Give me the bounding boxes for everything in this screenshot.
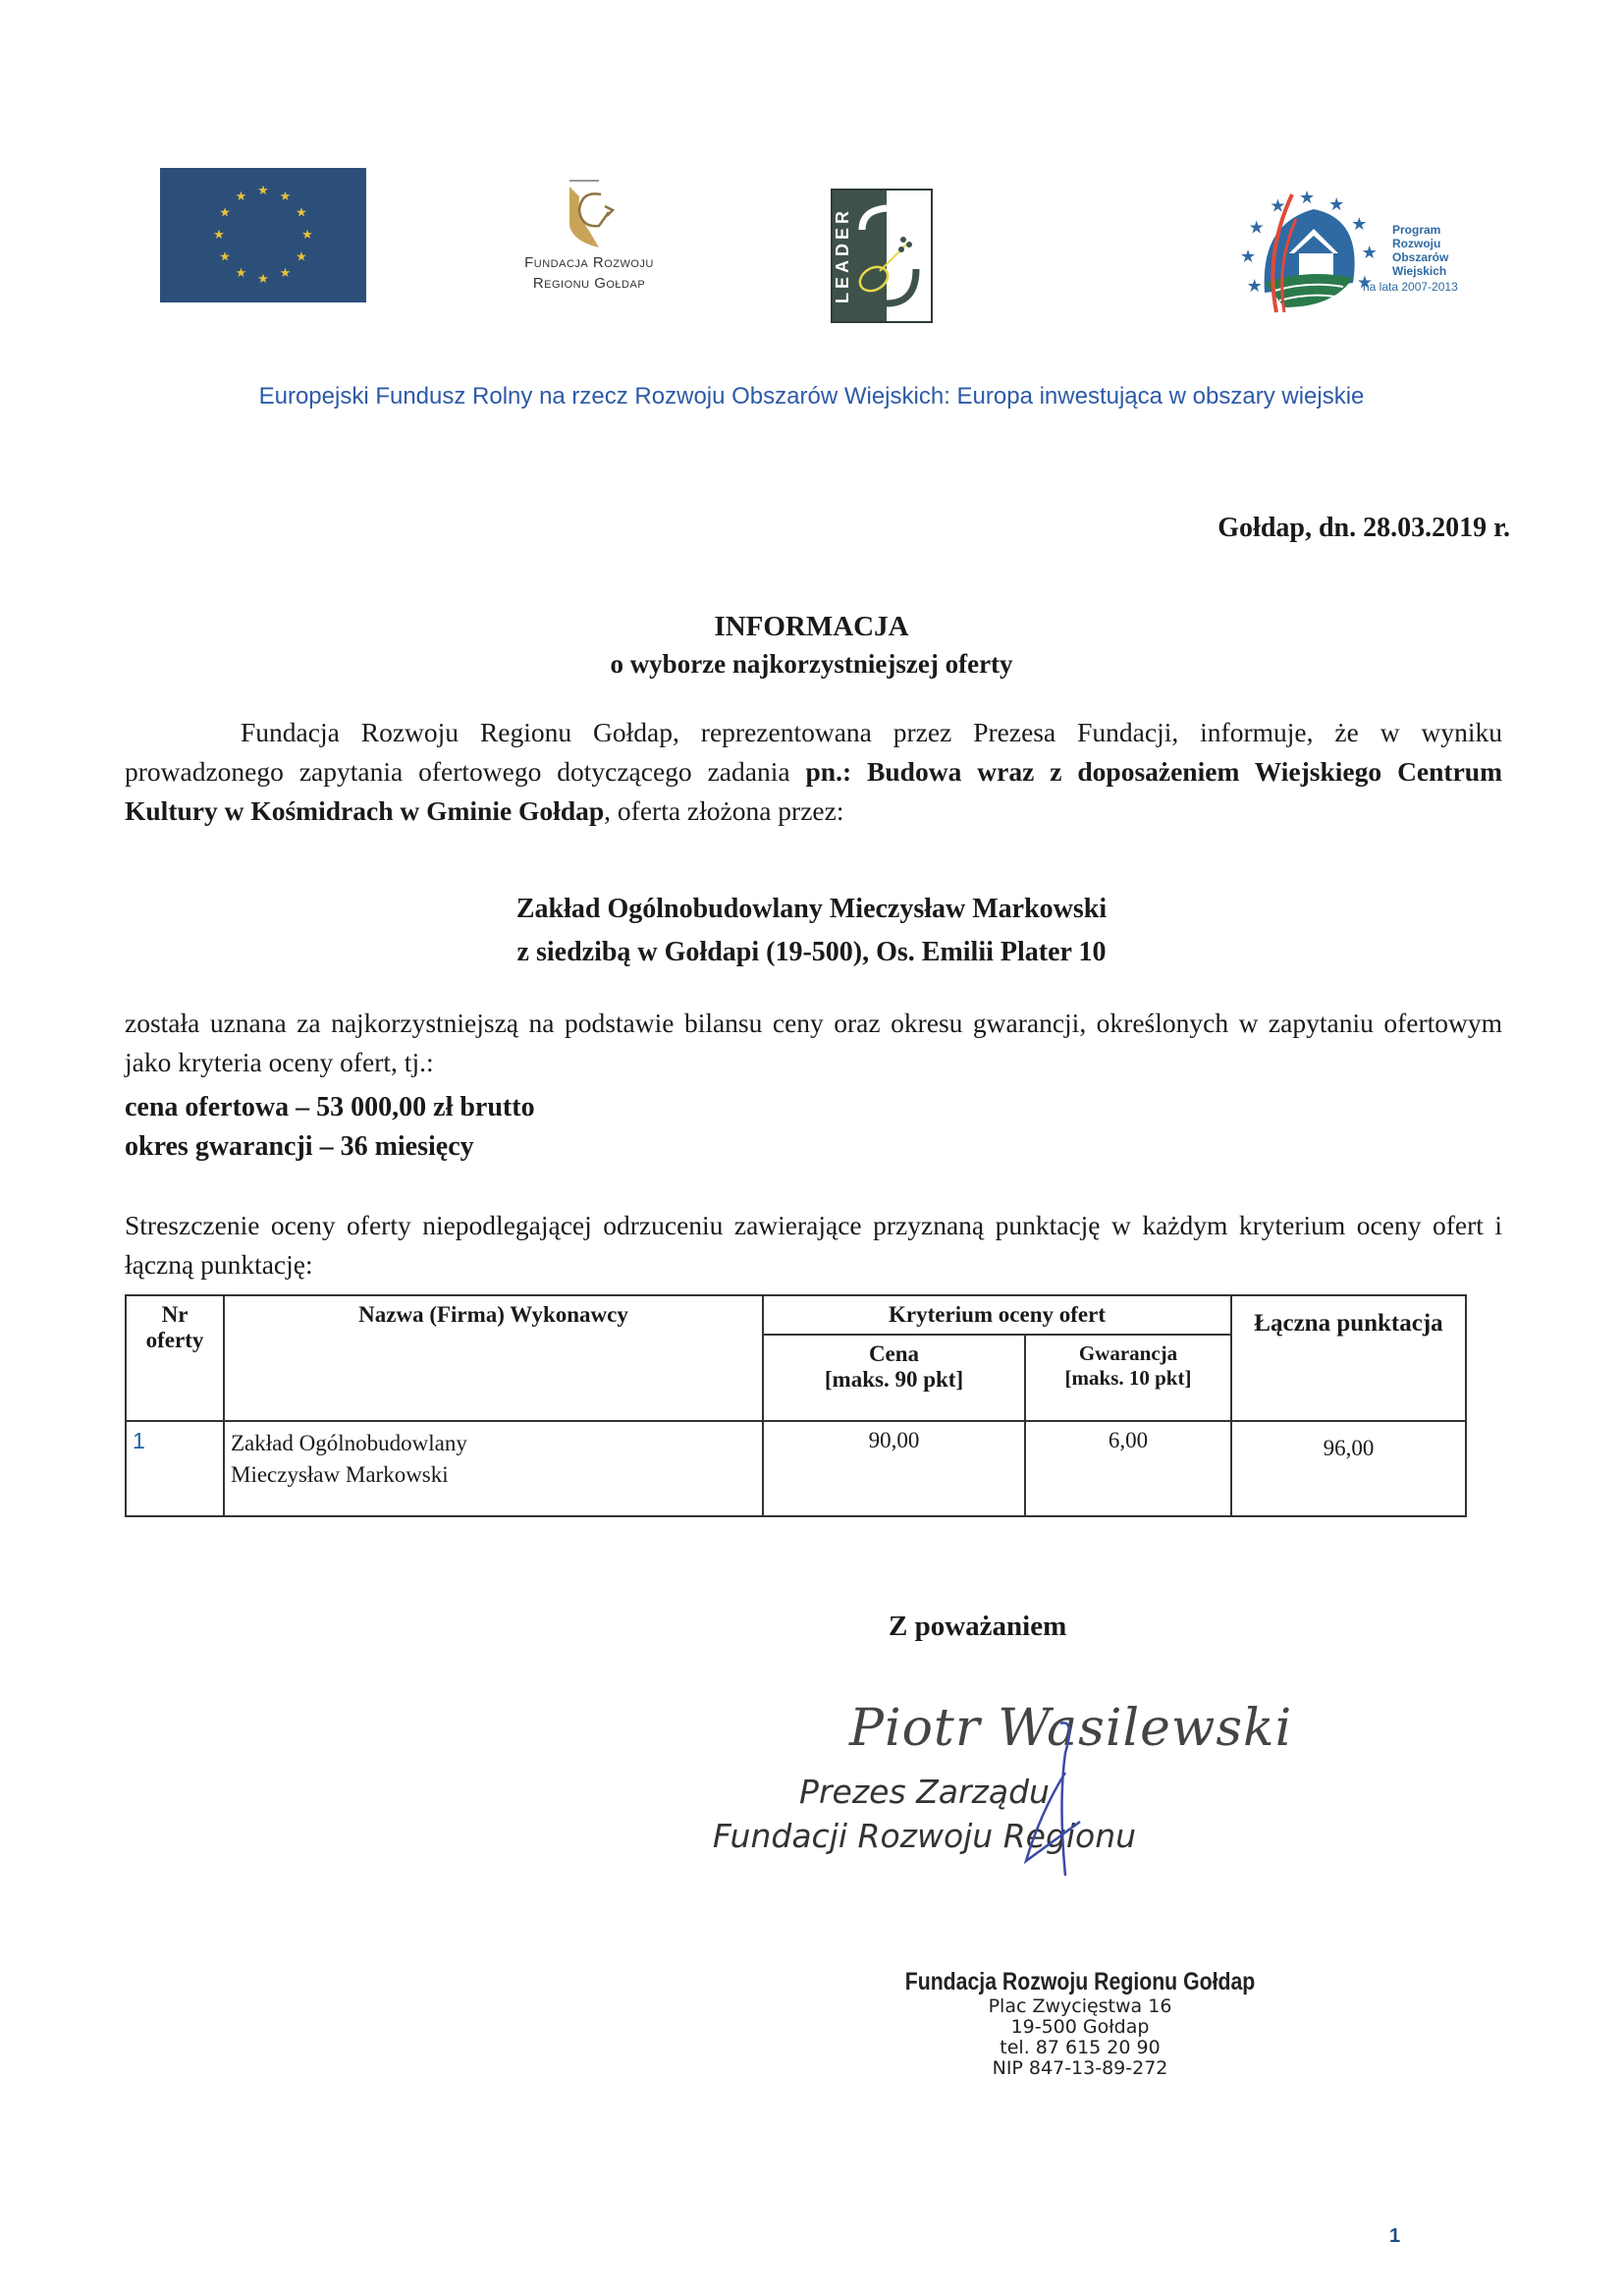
- row-nr: 1: [126, 1421, 224, 1516]
- header-price-max: [maks. 90 pkt]: [770, 1367, 1018, 1393]
- svg-text:Program: Program: [1392, 223, 1440, 237]
- svg-text:Rozwoju: Rozwoju: [1392, 237, 1440, 250]
- winning-contractor: Zakład Ogólnobudowlany Mieczysław Markow…: [0, 888, 1623, 974]
- svg-text:★: ★: [1249, 217, 1265, 237]
- row-total-score: 96,00: [1231, 1421, 1466, 1516]
- closing-regards: Z poważaniem: [889, 1611, 1066, 1643]
- criteria-list: cena ofertowa – 53 000,00 zł brutto okre…: [125, 1088, 535, 1167]
- svg-text:★: ★: [219, 205, 231, 220]
- stamp-city: 19-500 Gołdap: [815, 2017, 1345, 2038]
- document-title: INFORMACJA: [0, 611, 1623, 643]
- summary-paragraph: Streszczenie oceny oferty niepodlegające…: [125, 1206, 1502, 1285]
- svg-text:★: ★: [213, 227, 225, 242]
- svg-text:★: ★: [1351, 214, 1367, 234]
- header-name: Nazwa (Firma) Wykonawcy: [224, 1295, 763, 1421]
- svg-text:★: ★: [1328, 194, 1344, 214]
- header-criteria: Kryterium oceny ofert: [763, 1295, 1231, 1335]
- svg-text:Obszarów: Obszarów: [1392, 250, 1449, 264]
- svg-text:★: ★: [296, 249, 307, 264]
- stamp-name: Fundacja Rozwoju Regionu Gołdap: [855, 1968, 1306, 1996]
- selection-paragraph: została uznana za najkorzystniejszą na p…: [125, 1004, 1502, 1082]
- svg-text:★: ★: [296, 205, 307, 220]
- date-line: Gołdap, dn. 28.03.2019 r.: [1217, 513, 1510, 544]
- intro-paragraph: Fundacja Rozwoju Regionu Gołdap, repreze…: [125, 713, 1502, 831]
- row-warranty-score: 6,00: [1025, 1421, 1231, 1516]
- handwritten-signature-icon: [1021, 1714, 1100, 1881]
- page-number: 1: [1389, 2225, 1400, 2248]
- svg-text:★: ★: [1362, 243, 1378, 262]
- criterion-warranty: okres gwarancji – 36 miesięcy: [125, 1127, 535, 1167]
- header-price: Cena [maks. 90 pkt]: [763, 1335, 1025, 1421]
- prow-icon: ★★★★★★★★★ Program Rozwoju Obszarów Wiejs…: [1206, 185, 1471, 322]
- row-name: Zakład Ogólnobudowlany Mieczysław Markow…: [224, 1421, 763, 1516]
- svg-text:★: ★: [236, 265, 247, 280]
- foundation-logo-line2: Regionu Gołdap: [501, 275, 677, 292]
- row-name-line2: Mieczysław Markowski: [231, 1459, 756, 1491]
- row-name-line1: Zakład Ogólnobudowlany: [231, 1428, 756, 1459]
- foundation-logo-line1: Fundacja Rozwoju: [501, 254, 677, 271]
- eu-flag-logo: ★★★★★★★★★★★★: [160, 168, 366, 302]
- header-warranty-title: Gwarancja: [1032, 1341, 1224, 1366]
- document-subtitle: o wyborze najkorzystniejszej oferty: [0, 649, 1623, 680]
- header-nr: Nr oferty: [126, 1295, 224, 1421]
- svg-text:★: ★: [301, 227, 313, 242]
- winner-address: z siedzibą w Gołdapi (19-500), Os. Emili…: [0, 931, 1623, 974]
- scoring-table: Nr oferty Nazwa (Firma) Wykonawcy Kryter…: [125, 1294, 1467, 1517]
- svg-text:★: ★: [219, 249, 231, 264]
- prow-logo: ★★★★★★★★★ Program Rozwoju Obszarów Wiejs…: [1206, 185, 1471, 322]
- signature-organization: Fundacji Rozwoju Regionu: [0, 1817, 1623, 1855]
- eafrd-slogan: Europejski Fundusz Rolny na rzecz Rozwoj…: [0, 383, 1623, 410]
- stamp-phone: tel. 87 615 20 90: [815, 2038, 1345, 2058]
- leader-icon: LEADER: [833, 191, 931, 321]
- header-total: Łączna punktacja: [1231, 1295, 1466, 1421]
- header-warranty-max: [maks. 10 pkt]: [1032, 1366, 1224, 1391]
- frg-emblem-icon: [560, 177, 619, 250]
- intro-tail: , oferta złożona przez:: [604, 795, 843, 826]
- stamp-address: Plac Zwycięstwa 16: [815, 1996, 1345, 2017]
- leader-logo: LEADER: [831, 189, 933, 323]
- organization-stamp: Fundacja Rozwoju Regionu Gołdap Plac Zwy…: [815, 1968, 1345, 2079]
- svg-text:na lata 2007-2013: na lata 2007-2013: [1363, 280, 1458, 294]
- winner-name: Zakład Ogólnobudowlany Mieczysław Markow…: [0, 888, 1623, 931]
- svg-text:★: ★: [280, 265, 292, 280]
- header-warranty: Gwarancja [maks. 10 pkt]: [1025, 1335, 1231, 1421]
- eu-flag-icon: ★★★★★★★★★★★★: [160, 168, 366, 302]
- signature-role: Prezes Zarządu: [0, 1773, 1623, 1811]
- svg-text:★: ★: [1247, 276, 1263, 296]
- row-price-score: 90,00: [763, 1421, 1025, 1516]
- svg-text:Wiejskich: Wiejskich: [1392, 264, 1446, 278]
- svg-text:★: ★: [1299, 188, 1315, 207]
- svg-text:★: ★: [257, 271, 269, 286]
- criterion-price: cena ofertowa – 53 000,00 zł brutto: [125, 1088, 535, 1127]
- svg-text:★: ★: [257, 183, 269, 197]
- svg-text:★: ★: [236, 189, 247, 203]
- svg-text:LEADER: LEADER: [833, 207, 852, 303]
- table-row: 1 Zakład Ogólnobudowlany Mieczysław Mark…: [126, 1421, 1466, 1516]
- header-price-title: Cena: [770, 1341, 1018, 1367]
- svg-text:★: ★: [1240, 246, 1256, 266]
- stamp-nip: NIP 847-13-89-272: [815, 2058, 1345, 2079]
- foundation-logo: Fundacja Rozwoju Regionu Gołdap: [501, 177, 677, 314]
- svg-text:★: ★: [280, 189, 292, 203]
